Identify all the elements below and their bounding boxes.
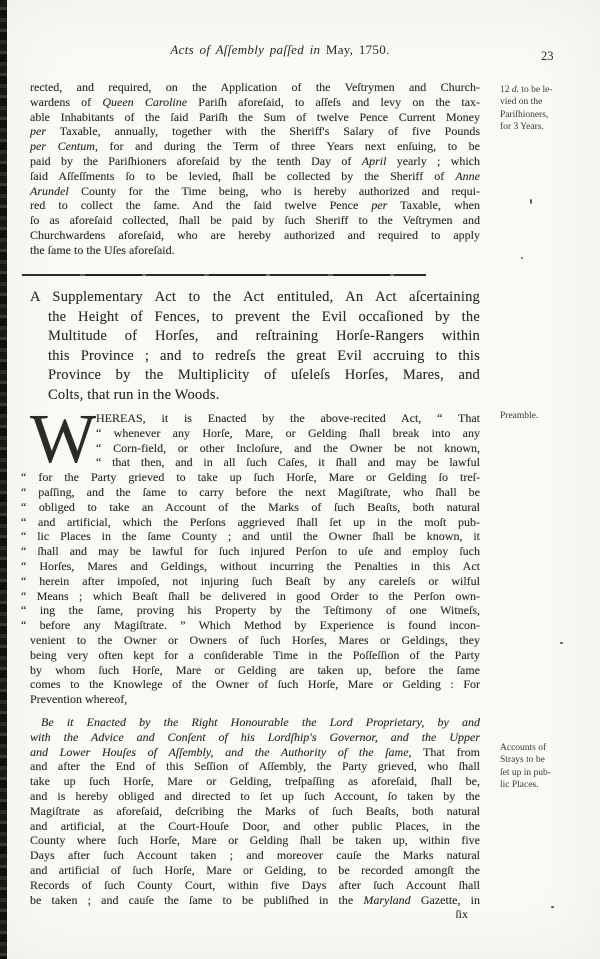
margin-note-preamble: Preamble. [500,410,595,422]
text-line: “ ſhall and may be lawful for ſuch injur… [30,544,480,559]
text-line: ſo as aforeſaid collected, ſhall be paid… [30,213,480,228]
text-line: by whom ſuch Horſe, Mare or Gelding are … [30,663,480,678]
text-line: Be it Enacted by the Right Honourable th… [30,715,480,730]
text-line: being very often kept for a conſiderable… [30,648,480,663]
text-line: Churchwardens aforeſaid, who are hereby … [30,228,480,243]
text-line: and after the End of this Seſſion of Aſſ… [30,759,480,774]
ink-speck [530,199,532,204]
text-line: “ ing the ſame, proving his Property by … [30,603,480,618]
text-line: Accounts of [500,742,595,754]
text-line: for 3 Years. [500,121,595,133]
text-line: wardens of Queen Caroline Pariſh aforeſa… [30,95,480,110]
text-line: Colts, that run in the Woods. [48,386,480,406]
text-line: “ Corn-field, or other Incloſure, and th… [30,441,480,456]
running-header-date: May, 1750. [326,42,390,57]
text-line: comes to the Knowlege of the Owner of ſu… [30,677,480,692]
text-line: Magiſtrate as aforeſaid, deſcribing the … [30,804,480,819]
paragraph-enacting-clause: Be it Enacted by the Right Honourable th… [30,715,480,907]
text-line: Province by the Multiplicity of uſeleſs … [48,366,480,386]
ink-speck [521,257,523,259]
running-header-title: Acts of Aſſembly paſſed in [170,42,320,57]
section-divider-rule [22,274,426,277]
text-line: “ lic Places in the ſame County ; and un… [30,529,480,544]
text-line: County where ſuch Horſe, Mare or Gelding… [30,833,480,848]
text-line: A Supplementary Act to the Act entituled… [30,288,480,308]
text-line: rected, and required, on the Application… [30,80,480,95]
text-line: Days after ſuch Account taken ; and more… [30,848,480,863]
text-line: be taken ; and cauſe the ſame to be publ… [30,893,480,908]
text-line: the ſame to the Uſes aforeſaid. [30,243,480,258]
text-line: Prevention whereof, [30,692,480,707]
text-line: “ and artificial, which the Perſons aggr… [30,515,480,530]
text-line: Records of ſuch County Court, within fiv… [30,878,480,893]
ink-speck [551,906,554,908]
text-line: “ Means ; which Beaſt ſhall be delivered… [30,589,480,604]
text-line: “ for the Party grieved to take up ſuch … [30,470,480,485]
text-line: “ herein after impoſed, not injuring ſuc… [30,574,480,589]
text-line: Preamble. [500,410,595,422]
paragraph-preamble: W HEREAS, it is Enacted by the above-rec… [30,411,480,707]
text-line: and artificial of ſuch Horſe, Mare or Ge… [30,863,480,878]
text-line: “ before any Magiſtrate. ” Which Method … [30,618,480,633]
text-line: ſet up in pub- [500,767,595,779]
text-line: venient to the Owner or Owners of ſuch H… [30,633,480,648]
text-line: 12 d. to be le- [500,84,595,96]
text-line: and Lower Houſes of Aſſembly, and the Au… [30,745,480,760]
text-line: HEREAS, it is Enacted by the above-recit… [30,411,480,426]
text-line: able Inhabitants of the ſaid Pariſh the … [30,110,480,125]
text-line: lic Places. [500,779,595,791]
catchword: ſix [30,907,480,922]
text-line: paid by the Pariſhioners aforeſaid by th… [30,154,480,169]
text-line: per Taxable, annually, together with the… [30,124,480,139]
text-line: per Centum, for and during the Term of t… [30,139,480,154]
text-line: and artificial, at the Court-Houſe Door,… [30,819,480,834]
act-title-heading: A Supplementary Act to the Act entituled… [30,288,480,405]
text-line: Arundel County for the Time being, who i… [30,184,480,199]
text-line: “ Horſes, Mares and Geldings, without in… [30,559,480,574]
page-number: 23 [541,49,554,64]
text-line: vied on the [500,96,595,108]
text-line: “ whenever any Horſe, Mare, or Gelding ſ… [30,426,480,441]
text-line: take up ſuch Horſe, Mare or Gelding, tre… [30,774,480,789]
text-line: “ obliged to take an Account of the Mark… [30,500,480,515]
text-line: with the Advice and Conſent of his Lordſ… [30,730,480,745]
text-line: “ that then, and in all ſuch Caſes, it ſ… [30,455,480,470]
text-line: “ paſſing, and the ſame to carry before … [30,485,480,500]
margin-note-levy: 12 d. to be le-vied on thePariſhioners,f… [500,84,595,134]
document-page: Acts of Aſſembly paſſed in May, 1750. 23… [0,0,600,959]
running-header: Acts of Aſſembly paſſed in May, 1750. [90,42,470,58]
text-line: ſaid Aſſeſſments ſo to be levied, ſhall … [30,169,480,184]
text-line: Pariſhioners, [500,109,595,121]
paragraph-levy-continuation: rected, and required, on the Application… [30,80,480,258]
text-line: red to collect the ſame. And the ſaid tw… [30,198,480,213]
text-line: Strays to be [500,754,595,766]
text-line: and is hereby obliged and directed to ſe… [30,789,480,804]
text-line: the Height of Fences, to prevent the Evi… [48,308,480,328]
drop-cap-initial: W [30,411,96,469]
book-binding-edge [0,0,7,959]
text-line: this Province ; and to redreſs the great… [48,347,480,367]
text-column: rected, and required, on the Application… [30,80,480,922]
text-line: Multitude of Horſes, and reſtraining Hor… [48,327,480,347]
ink-speck [560,642,563,644]
margin-note-strays: Accounts ofStrays to beſet up in pub-lic… [500,742,595,792]
